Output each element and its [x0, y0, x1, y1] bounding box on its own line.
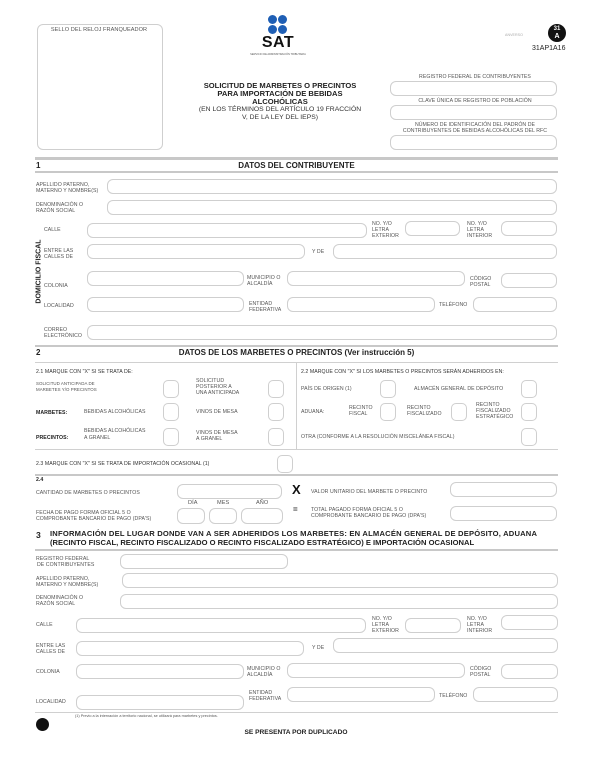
- telefono-field[interactable]: [473, 297, 557, 312]
- pais-origen-label: PAÍS DE ORIGEN (1): [301, 386, 352, 392]
- bebidas-granel-label: A GRANEL: [84, 435, 110, 441]
- badge-number: 31: [548, 26, 566, 33]
- localidad-field[interactable]: [87, 297, 244, 312]
- stamp-label: SELLO DEL RELOJ FRANQUEADOR: [37, 27, 161, 33]
- almacen-label: ALMACÉN GENERAL DE DEPÓSITO: [414, 386, 503, 392]
- posterior-label: UNA ANTICIPADA: [196, 390, 239, 396]
- entre-field[interactable]: [87, 244, 305, 259]
- mes-label: MES: [217, 500, 229, 506]
- total-field[interactable]: [450, 506, 557, 521]
- padron-field[interactable]: [390, 135, 557, 150]
- no-int-label: INTERIOR: [467, 233, 492, 239]
- section-divider: [35, 549, 558, 551]
- curp-label: CLAVE ÚNICA DE REGISTRO DE POBLACIÓN: [390, 98, 560, 104]
- y-de3-label: Y DE: [312, 645, 324, 651]
- localidad3-field[interactable]: [76, 695, 244, 710]
- y-de-label: Y DE: [312, 249, 324, 255]
- recinto-fiscalizado-checkbox[interactable]: [451, 403, 467, 421]
- footer-divider: [35, 712, 558, 713]
- rfc3-label: DE CONTRIBUYENTES: [37, 562, 94, 568]
- rfc-label: REGISTRO FEDERAL DE CONTRIBUYENTES: [390, 74, 560, 80]
- title-line: ALCOHÓLICAS: [180, 98, 380, 106]
- aduana-label: ADUANA:: [301, 409, 324, 415]
- registration-mark-icon: [36, 718, 49, 731]
- calle-label: CALLE: [44, 227, 61, 233]
- anverso-label: ANVERSO: [505, 32, 523, 38]
- form-title: SOLICITUD DE MARBETES O PRECINTOS PARA I…: [180, 82, 380, 122]
- posterior-checkbox[interactable]: [268, 380, 284, 398]
- form-badge: 31 A: [548, 24, 566, 42]
- razon3-field[interactable]: [120, 594, 558, 609]
- valor-unitario-field[interactable]: [450, 482, 557, 497]
- fecha-label: COMPROBANTE BANCARIO DE PAGO (DPA's): [36, 516, 151, 522]
- no-ext-label: EXTERIOR: [372, 233, 399, 239]
- correo-label: ELECTRÓNICO: [44, 333, 82, 339]
- recinto-estrategico-label: ESTRATÉGICO: [476, 414, 513, 420]
- otra-checkbox[interactable]: [521, 428, 537, 446]
- y-de-field[interactable]: [333, 244, 557, 259]
- calle-field[interactable]: [87, 223, 367, 238]
- cp3-label: POSTAL: [470, 672, 490, 678]
- s22-title: 2.2 MARQUE CON "X" SI LOS MARBETES O PRE…: [301, 369, 504, 375]
- section-divider: [35, 449, 558, 450]
- section-divider: [35, 345, 558, 347]
- otra-label: OTRA (CONFORME A LA RESOLUCIÓN MISCELÁNE…: [301, 434, 455, 440]
- s23-title: 2.3 MARQUE CON "X" SI SE TRATA DE IMPORT…: [36, 461, 209, 467]
- rfc-field[interactable]: [390, 81, 557, 96]
- recinto-estrategico-checkbox[interactable]: [521, 403, 537, 421]
- localidad-label: LOCALIDAD: [44, 303, 74, 309]
- colonia3-label: COLONIA: [36, 669, 60, 675]
- mes-field[interactable]: [209, 508, 237, 524]
- nombre3-field[interactable]: [122, 573, 558, 588]
- razon-label: RAZÓN SOCIAL: [36, 208, 75, 214]
- s21-title: 2.1 MARQUE CON "X" SI SE TRATA DE:: [36, 369, 133, 375]
- cp-label: POSTAL: [470, 282, 490, 288]
- razon3-label: RAZÓN SOCIAL: [36, 601, 75, 607]
- section-title: DATOS DEL CONTRIBUYENTE: [35, 161, 558, 170]
- recinto-fiscal-checkbox[interactable]: [380, 403, 396, 421]
- logo-dot-icon: [268, 15, 277, 24]
- nombre-label: MATERNO Y NOMBRE(S): [36, 188, 98, 194]
- almacen-checkbox[interactable]: [521, 380, 537, 398]
- section3-title: INFORMACIÓN DEL LUGAR DONDE VAN A SER AD…: [50, 529, 560, 547]
- section-divider: [35, 171, 558, 173]
- footer-note: (1) Previo a la internación a territorio…: [75, 714, 218, 718]
- valor-unitario-label: VALOR UNITARIO DEL MARBETE O PRECINTO: [311, 489, 427, 495]
- municipio3-label: ALCALDÍA: [247, 672, 272, 678]
- recinto-fiscal-label: FISCAL: [349, 411, 367, 417]
- municipio-field[interactable]: [287, 271, 465, 286]
- logo-dot-icon: [278, 15, 287, 24]
- correo-field[interactable]: [87, 325, 557, 340]
- razon-field[interactable]: [107, 200, 557, 215]
- dia-label: DÍA: [188, 500, 197, 506]
- marbetes-vinos-checkbox[interactable]: [268, 403, 284, 421]
- municipio3-field[interactable]: [287, 663, 465, 678]
- column-divider: [296, 362, 297, 449]
- section-divider: [35, 157, 558, 160]
- times-icon: X: [292, 482, 301, 497]
- entidad3-field[interactable]: [287, 687, 435, 702]
- duplicado-label: SE PRESENTA POR DUPLICADO: [180, 729, 412, 736]
- anticipada-label: MARBETES Y/O PRECINTOS: [36, 387, 97, 393]
- entidad-label: FEDERATIVA: [249, 307, 281, 313]
- nombre3-label: MATERNO Y NOMBRE(S): [36, 582, 98, 588]
- no-ext-field[interactable]: [405, 221, 460, 236]
- calle3-field[interactable]: [76, 618, 366, 633]
- recinto-fiscalizado-label: FISCALIZADO: [407, 411, 442, 417]
- precintos-vinos-checkbox[interactable]: [268, 428, 284, 446]
- colonia-label: COLONIA: [44, 283, 68, 289]
- municipio-label: ALCALDÍA: [247, 281, 272, 287]
- no-ext3-label: EXTERIOR: [372, 628, 399, 634]
- localidad3-label: LOCALIDAD: [36, 699, 66, 705]
- logo-text: SAT: [248, 34, 308, 52]
- curp-field[interactable]: [390, 105, 557, 120]
- colonia-field[interactable]: [87, 271, 244, 286]
- logo-dot-icon: [268, 25, 277, 34]
- section-title: (RECINTO FISCAL, RECINTO FISCALIZADO O R…: [50, 538, 560, 547]
- section-title: INFORMACIÓN DEL LUGAR DONDE VAN A SER AD…: [50, 529, 560, 538]
- subtitle-line: V, DE LA LEY DEL IEPS): [180, 114, 380, 122]
- ocasional-checkbox[interactable]: [277, 455, 293, 473]
- no-ext3-field[interactable]: [405, 618, 461, 633]
- colonia3-field[interactable]: [76, 664, 244, 679]
- logo-dot-icon: [278, 25, 287, 34]
- vinos-label: VINOS DE MESA: [196, 409, 238, 415]
- marbetes-label: MARBETES:: [36, 410, 67, 416]
- rfc3-field[interactable]: [120, 554, 288, 569]
- domicilio-fiscal-label: DOMICILIO FISCAL: [36, 231, 43, 313]
- telefono-label: TELÉFONO: [439, 302, 467, 308]
- section-title: DATOS DE LOS MARBETES O PRECINTOS (Ver i…: [35, 348, 558, 357]
- nombre-field[interactable]: [107, 179, 557, 194]
- precintos-label: PRECINTOS:: [36, 435, 68, 441]
- section-divider: [35, 474, 558, 476]
- entre-label: CALLES DE: [44, 254, 73, 260]
- bebidas-granel-label: BEBIDAS ALCOHÓLICAS: [84, 428, 146, 434]
- precintos-bebidas-checkbox[interactable]: [163, 428, 179, 446]
- cantidad-field[interactable]: [177, 484, 282, 499]
- badge-letter: A: [548, 33, 566, 40]
- y-de3-field[interactable]: [333, 638, 558, 653]
- total-label: COMPROBANTE BANCARIO DE PAGO (DPA's): [311, 513, 426, 519]
- equals-icon: =: [293, 505, 298, 514]
- pais-origen-checkbox[interactable]: [380, 380, 396, 398]
- no-int3-field[interactable]: [501, 615, 558, 630]
- s24-title: 2.4: [36, 477, 43, 483]
- entre3-field[interactable]: [76, 641, 304, 656]
- logo-subtitle: SERVICIO DE ADMINISTRACIÓN TRIBUTARIA: [238, 53, 318, 56]
- anio-field[interactable]: [241, 508, 283, 524]
- entre3-label: CALLES DE: [36, 649, 65, 655]
- no-int3-label: INTERIOR: [467, 628, 492, 634]
- sat-logo: SAT SERVICIO DE ADMINISTRACIÓN TRIBUTARI…: [248, 15, 308, 65]
- section-number: 3: [36, 530, 41, 540]
- entidad3-label: FEDERATIVA: [249, 696, 281, 702]
- cp3-field[interactable]: [501, 664, 558, 679]
- anticipada-checkbox[interactable]: [163, 380, 179, 398]
- cp-field[interactable]: [501, 273, 557, 288]
- telefono3-field[interactable]: [473, 687, 558, 702]
- dia-field[interactable]: [177, 508, 205, 524]
- cantidad-label: CANTIDAD DE MARBETES O PRECINTOS: [36, 490, 140, 496]
- stamp-box: [37, 24, 163, 150]
- calle3-label: CALLE: [36, 622, 53, 628]
- marbetes-bebidas-checkbox[interactable]: [163, 403, 179, 421]
- telefono3-label: TELÉFONO: [439, 693, 467, 699]
- vinos-granel-label: A GRANEL: [196, 436, 222, 442]
- no-int-field[interactable]: [501, 221, 557, 236]
- bebidas-label: BEBIDAS ALCOHÓLICAS: [84, 409, 146, 415]
- padron-label: CONTRIBUYENTES DE BEBIDAS ALCOHÓLICAS DE…: [385, 128, 565, 134]
- form-code: 31AP1A16: [532, 45, 565, 52]
- entidad-field[interactable]: [287, 297, 435, 312]
- anio-label: AÑO: [256, 500, 268, 506]
- subtitle-line: (EN LOS TÉRMINOS DEL ARTÍCULO 19 FRACCIÓ…: [180, 106, 380, 114]
